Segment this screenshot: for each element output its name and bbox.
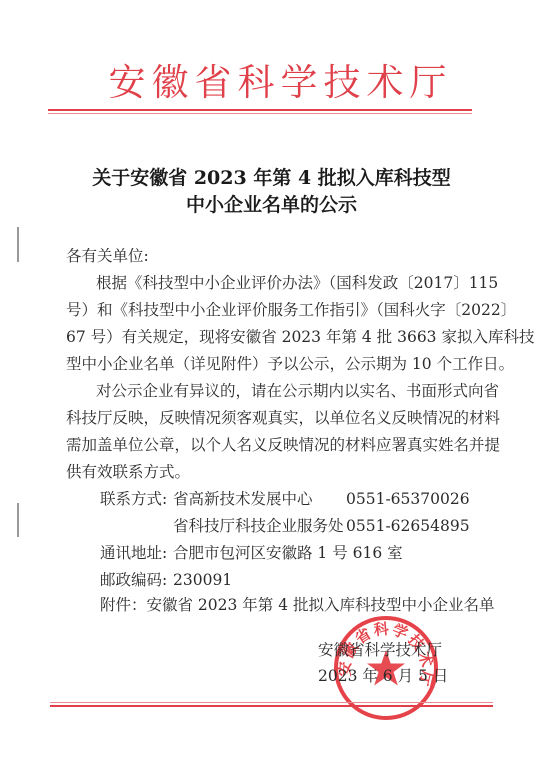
paragraph2-line2: 科技厅反映，反映情况须客观真实，以单位名义反映情况的材料: [66, 408, 500, 428]
document-title-line2: 中小企业名单的公示: [0, 192, 543, 218]
paragraph2-line1: 对公示企业有异议的，请在公示期内以实名、书面形式向省: [96, 381, 499, 401]
attachment-note: 附件：安徽省 2023 年第 4 批拟入库科技型中小企业名单: [100, 595, 495, 615]
contact-label: 联系方式:: [100, 489, 167, 509]
margin-mark-top: [17, 227, 19, 262]
paragraph2-line4: 供有效联系方式。: [66, 462, 190, 482]
contact-name-2: 省科技厅科技企业服务处: [173, 516, 344, 536]
letterhead-rule-thick: [48, 109, 472, 111]
postcode-label: 邮政编码:: [100, 570, 167, 590]
footer-rule-thin: [50, 702, 493, 703]
letterhead-rule-thin: [48, 113, 472, 114]
footer-rule-thick: [50, 705, 493, 707]
contact-phone-1: 0551-65370026: [346, 489, 470, 509]
paragraph2-line3: 需加盖单位公章，以个人名义反映情况的材料应署真实姓名并提: [66, 435, 500, 455]
signature-org: 安徽省科学技术厅: [318, 640, 442, 660]
contact-phone-2: 0551-62654895: [346, 516, 470, 536]
paragraph1-line2: 号）和《科技型中小企业评价服务工作指引》（国科火字〔2022〕: [66, 300, 516, 320]
address-value: 合肥市包河区安徽路 1 号 616 室: [173, 543, 403, 563]
document-title-line1: 关于安徽省 2023 年第 4 批拟入库科技型: [0, 165, 543, 191]
paragraph1-line4: 型中小企业名单（详见附件）予以公示，公示期为 10 个工作日。: [66, 354, 514, 374]
margin-mark-bottom: [17, 503, 19, 537]
contact-name-1: 省高新技术发展中心: [173, 489, 313, 509]
paragraph1-line3: 67 号）有关规定，现将安徽省 2023 年第 4 批 3663 家拟入库科技: [66, 327, 534, 347]
postcode-value: 230091: [173, 570, 232, 590]
signature-date: 2023 年 6 月 5 日: [318, 666, 448, 686]
salutation: 各有关单位:: [66, 246, 149, 266]
letterhead-org-name: 安徽省科学技术厅: [0, 60, 543, 106]
paragraph1-line1: 根据《科技型中小企业评价办法》（国科发政〔2017〕115: [96, 273, 498, 293]
address-label: 通讯地址:: [100, 543, 167, 563]
